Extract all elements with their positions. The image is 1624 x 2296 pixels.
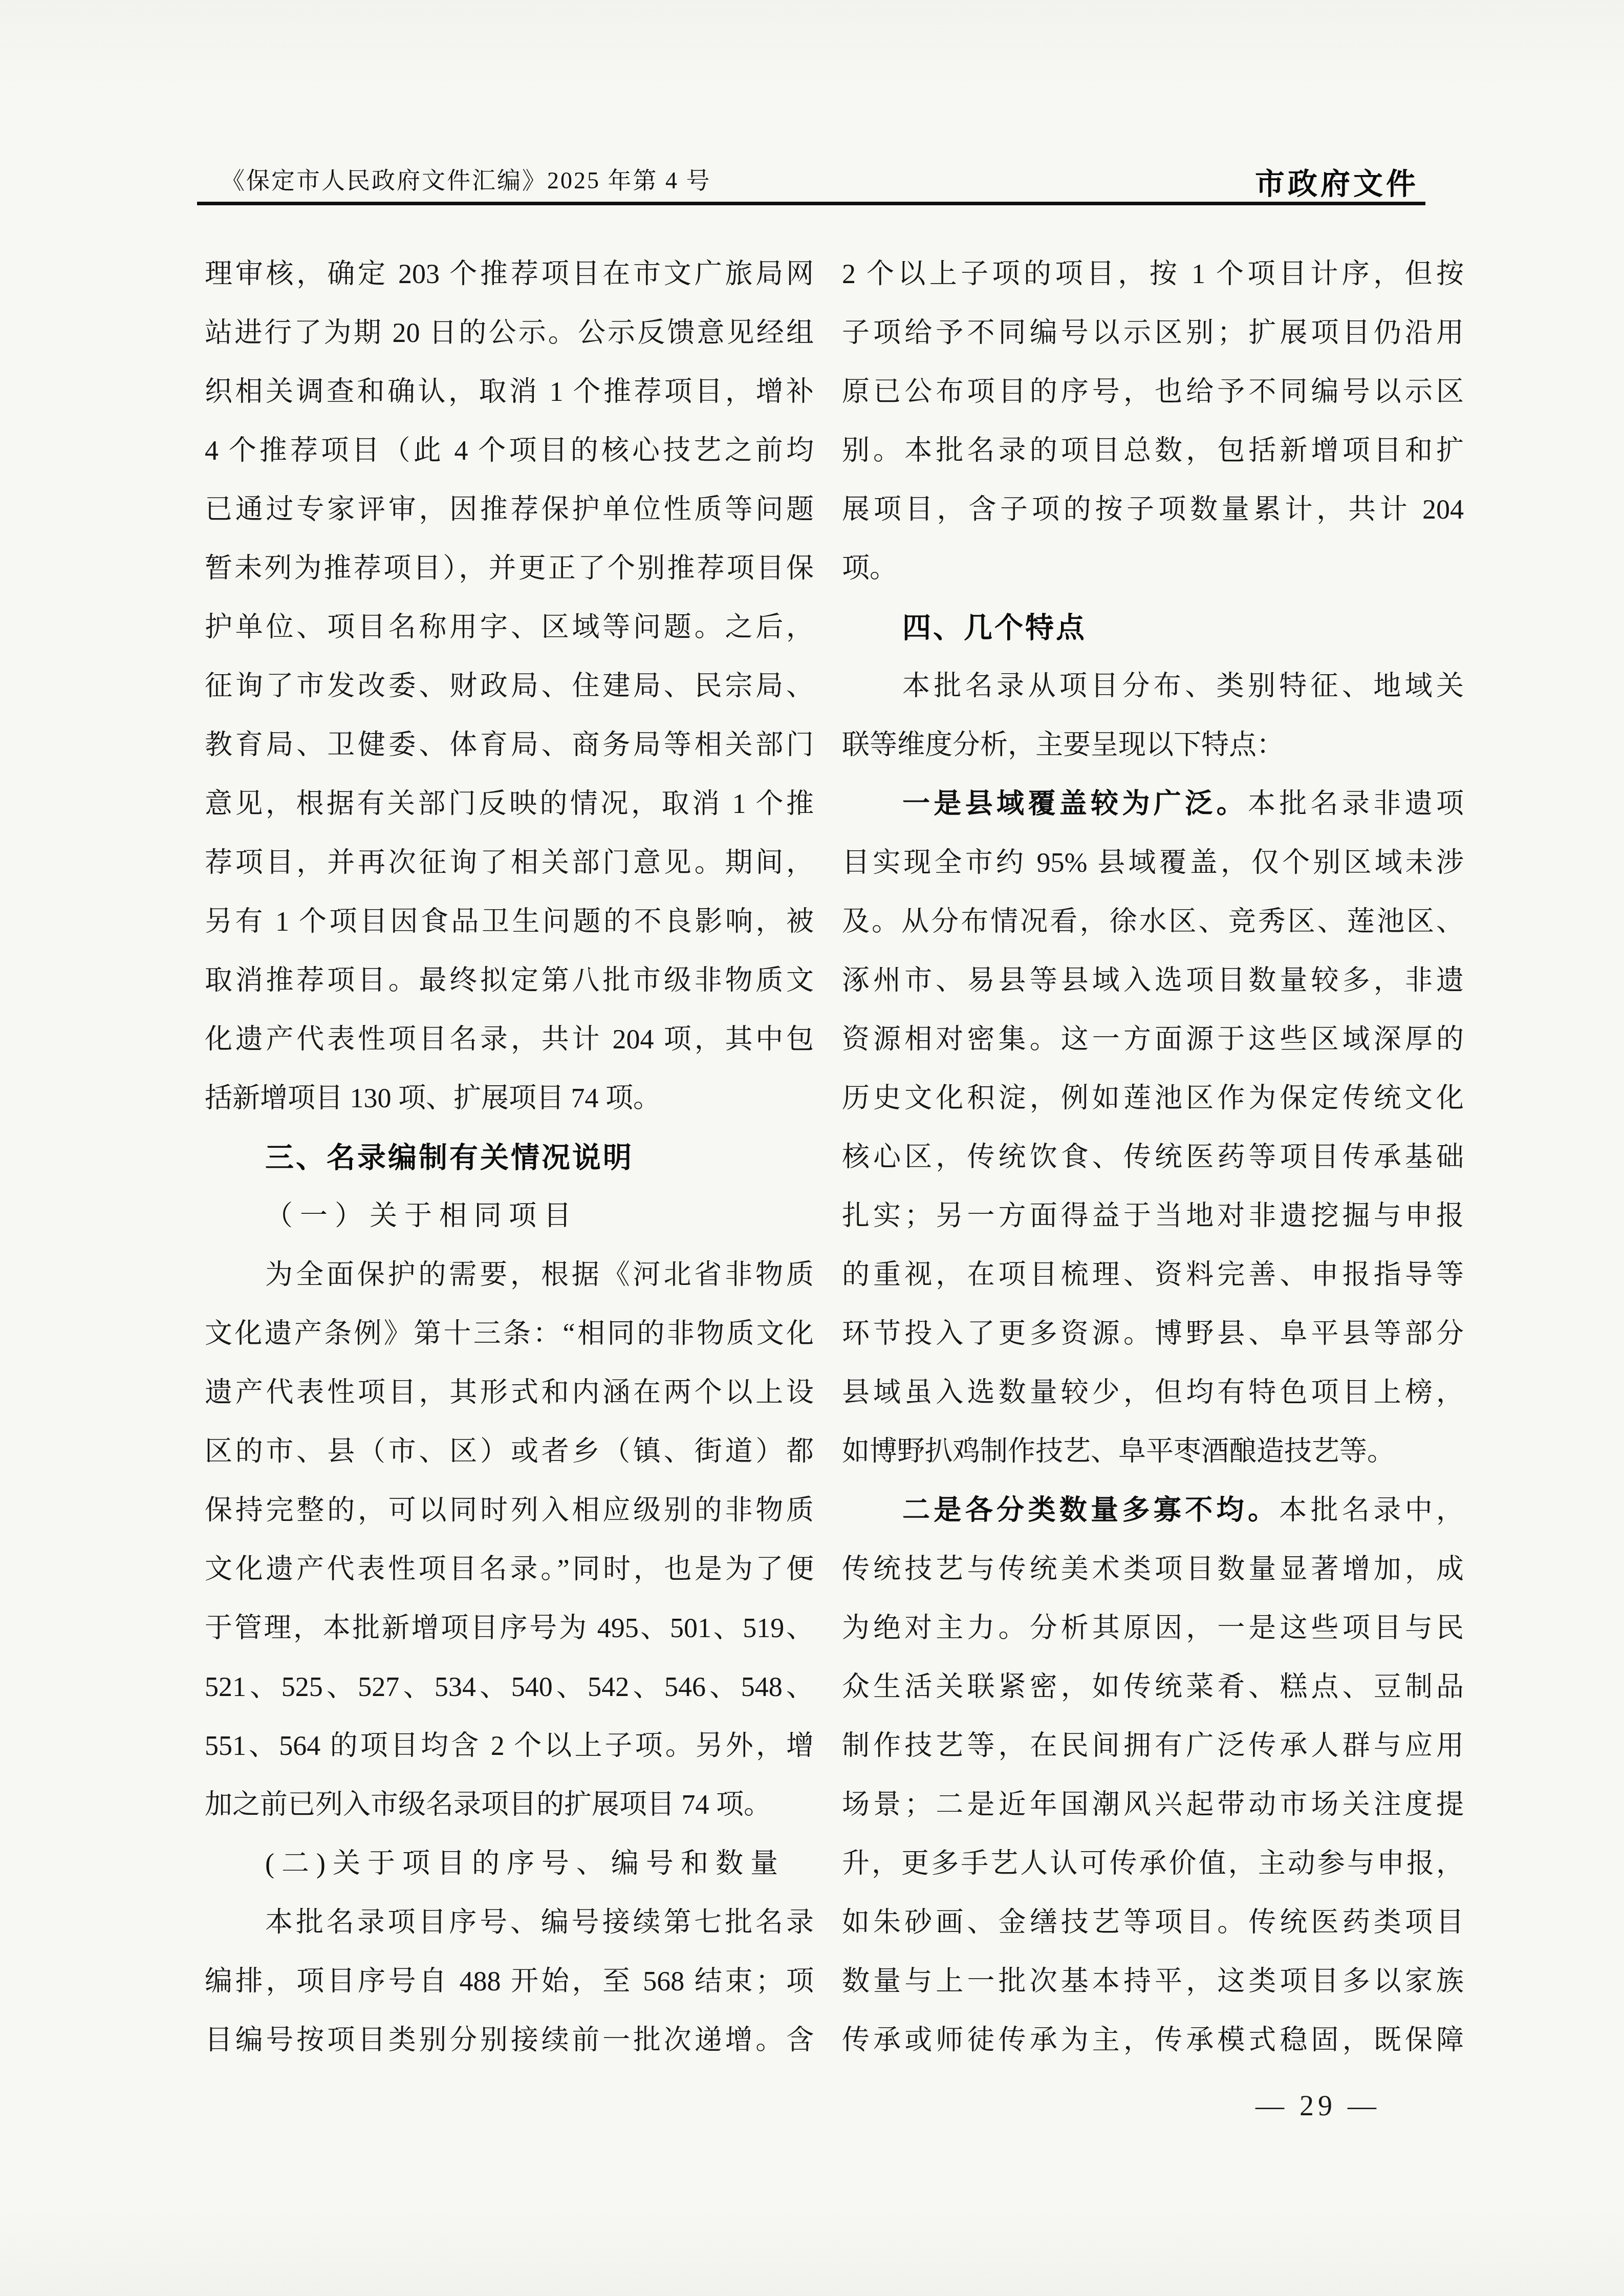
text-line: 521、525、527、534、540、542、546、548、 [205, 1658, 814, 1716]
text-line: 展项目，含子项的按子项数量累计，共计 204 [842, 480, 1464, 539]
text-line: 文化遗产条例》第十三条：“相同的非物质文化 [205, 1304, 814, 1363]
header-rule [197, 202, 1425, 205]
text-line: 联等维度分析，主要呈现以下特点： [842, 716, 1464, 775]
text-line: 教育局、卫健委、体育局、商务局等相关部门 [205, 716, 814, 775]
text-line: 升，更多手艺人认可传承价值，主动参与申报， [842, 1834, 1464, 1893]
text-line: 2 个以上子项的项目，按 1 个项目计序，但按 [842, 245, 1464, 304]
text-line: （一）关于相同项目 [205, 1187, 814, 1246]
text-line: 如博野扒鸡制作技艺、阜平枣酒酿造技艺等。 [842, 1422, 1464, 1481]
text-line: 资源相对密集。这一方面源于这些区域深厚的 [842, 1010, 1464, 1069]
text-line: 本批名录项目序号、编号接续第七批名录 [205, 1893, 814, 1952]
text-line: 一是县域覆盖较为广泛。本批名录非遗项 [842, 775, 1464, 833]
header-document-category: 市政府文件 [1255, 160, 1419, 203]
text-line: 目编号按项目类别分别接续前一批次递增。含 [205, 2011, 814, 2070]
text-line: 子项给予不同编号以示区别；扩展项目仍沿用 [842, 304, 1464, 362]
text-line: 扎实；另一方面得益于当地对非遗挖掘与申报 [842, 1187, 1464, 1246]
text-line: 征询了市发改委、财政局、住建局、民宗局、 [205, 657, 814, 716]
text-line: 遗产代表性项目，其形式和内涵在两个以上设 [205, 1363, 814, 1422]
text-line: 文化遗产代表性项目名录。”同时，也是为了便 [205, 1540, 814, 1599]
text-line: 括新增项目 130 项、扩展项目 74 项。 [205, 1069, 814, 1128]
text-line: 数量与上一批次基本持平，这类项目多以家族 [842, 1952, 1464, 2011]
text-line: 已通过专家评审，因推荐保护单位性质等问题 [205, 480, 814, 539]
header-compilation-title: 《保定市人民政府文件汇编》2025 年第 4 号 [221, 162, 711, 196]
text-line: 众生活关联紧密，如传统菜肴、糕点、豆制品 [842, 1658, 1464, 1716]
emphasis-lead-in: 一是县域覆盖较为广泛。 [902, 788, 1248, 819]
text-line: 另有 1 个项目因食品卫生问题的不良影响，被 [205, 892, 814, 951]
text-line: 及。从分布情况看，徐水区、竞秀区、莲池区、 [842, 892, 1464, 951]
text-line: 护单位、项目名称用字、区域等问题。之后， [205, 598, 814, 657]
text-line: 的重视，在项目梳理、资料完善、申报指导等 [842, 1246, 1464, 1304]
text-line: 县域虽入选数量较少，但均有特色项目上榜， [842, 1363, 1464, 1422]
text-line: 原已公布项目的序号，也给予不同编号以示区 [842, 362, 1464, 421]
text-line: 别。本批名录的项目总数，包括新增项目和扩 [842, 421, 1464, 480]
text-line: 制作技艺等，在民间拥有广泛传承人群与应用 [842, 1716, 1464, 1775]
text-line: 涿州市、易县等县域入选项目数量较多，非遗 [842, 951, 1464, 1010]
text-line: (二)关于项目的序号、编号和数量 [205, 1834, 814, 1893]
text-line: 4 个推荐项目（此 4 个项目的核心技艺之前均 [205, 421, 814, 480]
text-line: 保持完整的，可以同时列入相应级别的非物质 [205, 1481, 814, 1540]
text-line: 暂未列为推荐项目），并更正了个别推荐项目保 [205, 539, 814, 598]
text-line: 为绝对主力。分析其原因，一是这些项目与民 [842, 1599, 1464, 1658]
text-line: 加之前已列入市级名录项目的扩展项目 74 项。 [205, 1775, 814, 1834]
document-body: 理审核，确定 203 个推荐项目在市文广旅局网站进行了为期 20 日的公示。公示… [205, 245, 1464, 2070]
text-line: 意见，根据有关部门反映的情况，取消 1 个推 [205, 775, 814, 833]
left-column: 理审核，确定 203 个推荐项目在市文广旅局网站进行了为期 20 日的公示。公示… [205, 245, 814, 2070]
text-line: 为全面保护的需要，根据《河北省非物质 [205, 1246, 814, 1304]
text-line: 本批名录从项目分布、类别特征、地域关 [842, 657, 1464, 716]
text-line: 传承或师徒传承为主，传承模式稳固，既保障 [842, 2011, 1464, 2070]
page-number: — 29 — [1233, 2090, 1402, 2122]
text-line: 织相关调查和确认，取消 1 个推荐项目，增补 [205, 362, 814, 421]
text-line: 于管理，本批新增项目序号为 495、501、519、 [205, 1599, 814, 1658]
text-line: 环节投入了更多资源。博野县、阜平县等部分 [842, 1304, 1464, 1363]
text-line: 551、564 的项目均含 2 个以上子项。另外，增 [205, 1716, 814, 1775]
right-column: 2 个以上子项的项目，按 1 个项目计序，但按子项给予不同编号以示区别；扩展项目… [842, 245, 1464, 2070]
text-line: 荐项目，并再次征询了相关部门意见。期间， [205, 833, 814, 892]
text-line: 项。 [842, 539, 1464, 598]
text-line: 核心区，传统饮食、传统医药等项目传承基础 [842, 1128, 1464, 1187]
text-line: 三、名录编制有关情况说明 [205, 1128, 814, 1187]
text-line: 取消推荐项目。最终拟定第八批市级非物质文 [205, 951, 814, 1010]
text-line: 化遗产代表性项目名录，共计 204 项，其中包 [205, 1010, 814, 1069]
text-line: 二是各分类数量多寡不均。本批名录中， [842, 1481, 1464, 1540]
text-line: 如朱砂画、金缮技艺等项目。传统医药类项目 [842, 1893, 1464, 1952]
text-line: 场景；二是近年国潮风兴起带动市场关注度提 [842, 1775, 1464, 1834]
text-line: 传统技艺与传统美术类项目数量显著增加，成 [842, 1540, 1464, 1599]
text-line: 四、几个特点 [842, 598, 1464, 657]
text-line: 目实现全市约 95% 县域覆盖，仅个别区域未涉 [842, 833, 1464, 892]
text-line: 编排，项目序号自 488 开始，至 568 结束；项 [205, 1952, 814, 2011]
text-line: 区的市、县（市、区）或者乡（镇、街道）都 [205, 1422, 814, 1481]
text-line: 历史文化积淀，例如莲池区作为保定传统文化 [842, 1069, 1464, 1128]
text-line: 理审核，确定 203 个推荐项目在市文广旅局网 [205, 245, 814, 304]
emphasis-lead-in: 二是各分类数量多寡不均。 [902, 1495, 1279, 1526]
text-line: 站进行了为期 20 日的公示。公示反馈意见经组 [205, 304, 814, 362]
